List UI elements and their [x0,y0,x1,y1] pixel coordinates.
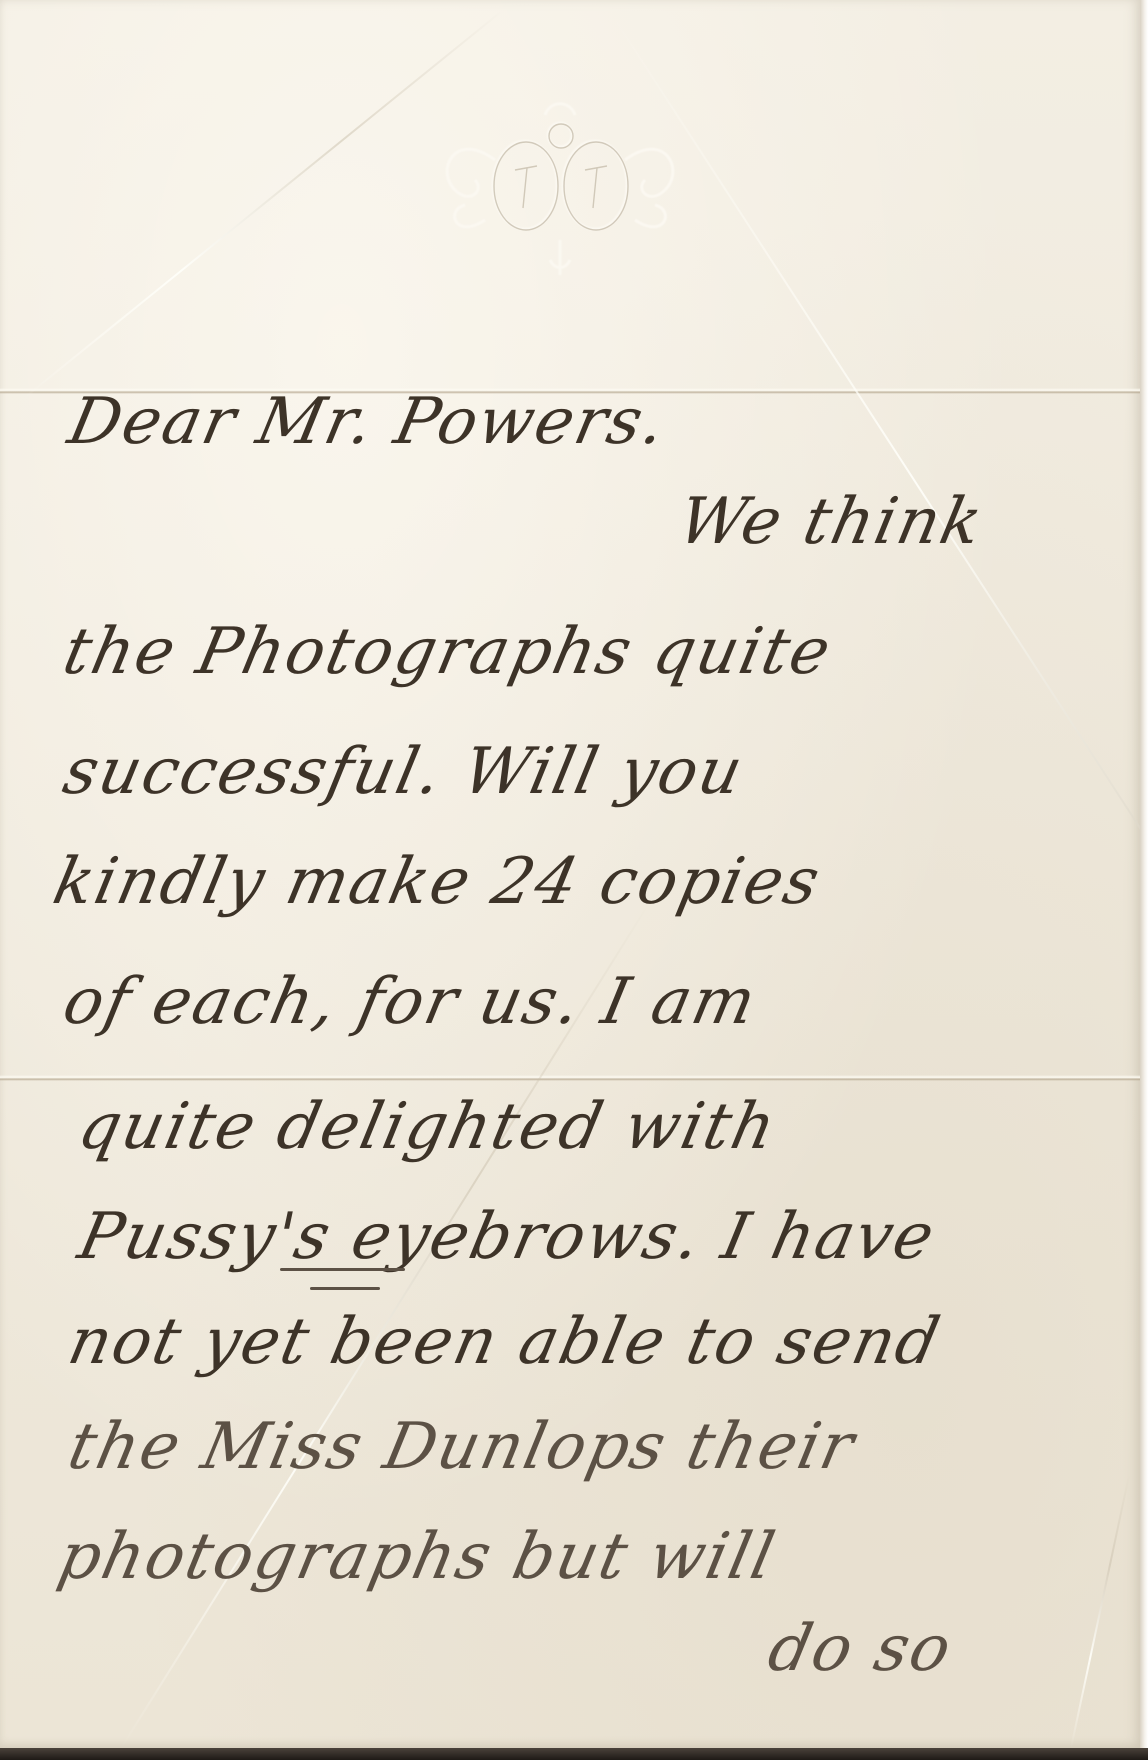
letter-sheet: Dear Mr. Powers. We think the Photograph… [0,0,1140,1748]
letter-line: kindly make 24 copies [47,845,827,919]
letter-body: Dear Mr. Powers. We think the Photograph… [0,0,1140,1748]
letter-line: successful. Will you [57,735,750,809]
letter-line: Pussy's eyebrows. I have [72,1200,942,1274]
letter-line: the Miss Dunlops their [62,1410,862,1484]
underline-eyebrows [280,1268,405,1271]
letter-line: the Photographs quite [57,615,838,689]
letter-line: quite delighted with [72,1090,783,1164]
letter-line: photographs but will [52,1520,782,1594]
letter-line: do so [762,1612,959,1686]
scan-bottom-edge [0,1748,1148,1760]
letter-line: of each, for us. I am [57,965,763,1039]
underline-eyebrows [310,1287,380,1290]
letter-line: not yet been able to send [62,1305,947,1379]
page-right-edge [1140,0,1148,1760]
letter-line: We think [672,485,990,559]
salutation: Dear Mr. Powers. [62,385,673,459]
